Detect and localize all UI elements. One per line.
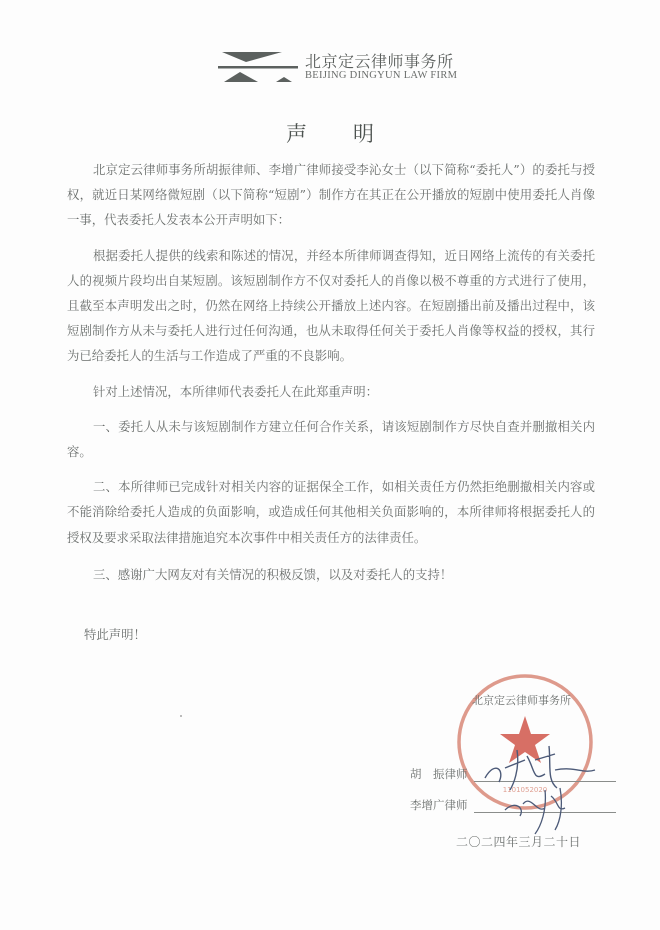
paragraph-intro: 北京定云律师事务所胡振律师、李增广律师接受李沁女士（以下简称“委托人”）的委托与…	[67, 157, 595, 233]
paragraph-point-3: 三、感谢广大网友对有关情况的积极反馈，以及对委托人的支持！	[67, 562, 595, 587]
document-body: 北京定云律师事务所胡振律师、李增广律师接受李沁女士（以下简称“委托人”）的委托与…	[67, 157, 595, 587]
document-title: 声明	[0, 118, 660, 148]
paragraph-point-2: 二、本所律师已完成针对相关内容的证据保全工作，如相关责任方仍然拒绝删撤相关内容或…	[67, 474, 595, 550]
document-date: 二〇二四年三月二十日	[456, 833, 581, 850]
closing-remark: 特此声明！	[84, 625, 146, 643]
stamp-text: 北京定云律师事务所	[472, 692, 571, 708]
firm-name-en: BEIJING DINGYUN LAW FIRM	[305, 70, 457, 81]
paragraph-facts: 根据委托人提供的线索和陈述的情况，并经本所律师调查得知，近日网络上流传的有关委托…	[67, 243, 595, 369]
signatory-li-zengguang: 李增广律师	[410, 797, 468, 813]
dingyun-logo-icon	[216, 46, 300, 86]
firm-name-cn: 北京定云律师事务所	[305, 49, 454, 72]
paragraph-point-1: 一、委托人从未与该短剧制作方建立任何合作关系，请该短剧制作方尽快自查并删撤相关内…	[67, 414, 595, 464]
paragraph-statement-lead: 针对上述情况，本所律师代表委托人在此郑重声明：	[67, 379, 595, 404]
scan-speck	[180, 715, 182, 717]
handwritten-signature-icon	[465, 730, 615, 840]
document-page: 北京定云律师事务所 BEIJING DINGYUN LAW FIRM 声明 北京…	[0, 0, 660, 930]
signatory-hu-zhen: 胡 振律师	[410, 766, 468, 782]
